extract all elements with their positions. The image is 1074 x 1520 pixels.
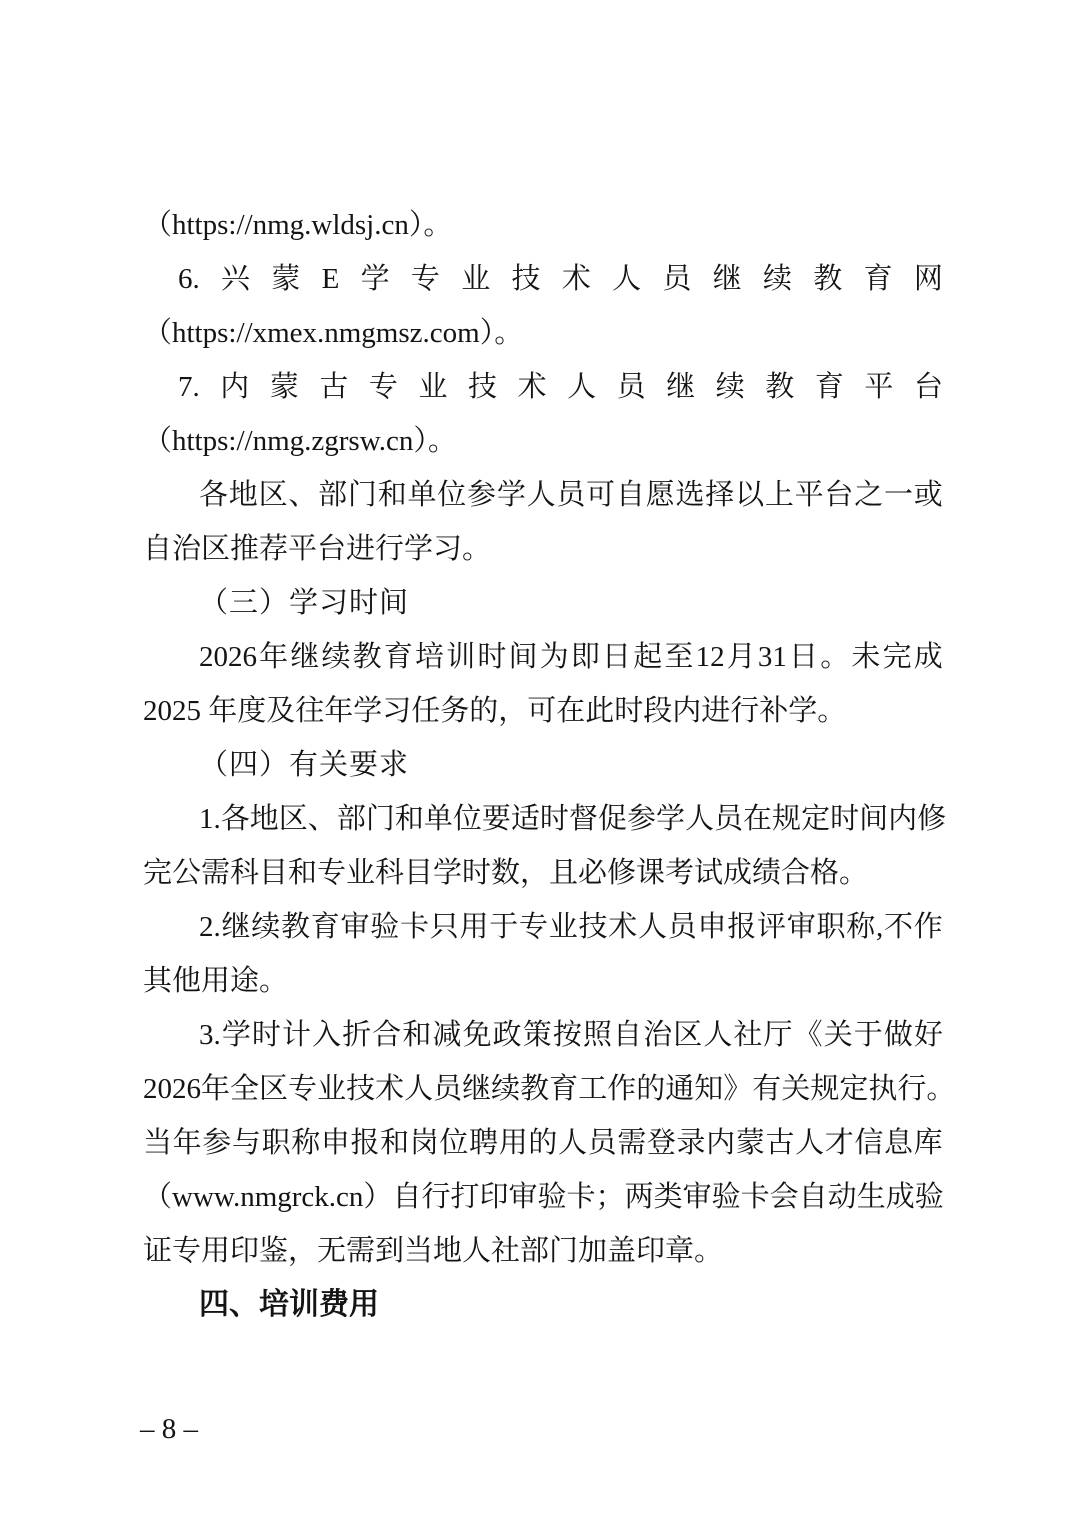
para-req-3-line-1: 3.学时计入折合和减免政策按照自治区人社厅《关于做好	[143, 1008, 943, 1062]
subheading-4-requirements: （四）有关要求	[143, 738, 943, 792]
item-6-xingmeng-e-xue: 6.兴蒙E学专业技术人员继续教育网	[143, 252, 943, 306]
para-req-3-line-3: 当年参与职称申报和岗位聘用的人员需登录内蒙古人才信息库	[143, 1116, 943, 1170]
section-heading-4-training-fees: 四、培训费用	[143, 1278, 943, 1332]
subheading-3-study-time: （三）学习时间	[143, 576, 943, 630]
para-platform-choice-1: 各地区、部门和单位参学人员可自愿选择以上平台之一或	[143, 468, 943, 522]
para-req-1-line-1: 1.各地区、部门和单位要适时督促参学人员在规定时间内修	[143, 792, 943, 846]
para-study-time-1: 2026年继续教育培训时间为即日起至12月31日。未完成	[143, 630, 943, 684]
url-line-wldsj: （https://nmg.wldsj.cn）。	[143, 198, 943, 252]
document-body: （https://nmg.wldsj.cn）。6.兴蒙E学专业技术人员继续教育网…	[143, 198, 943, 1332]
para-req-2-line-1: 2.继续教育审验卡只用于专业技术人员申报评审职称,不作	[143, 900, 943, 954]
para-study-time-2: 2025 年度及往年学习任务的，可在此时段内进行补学。	[143, 684, 943, 738]
page-number: – 8 –	[140, 1404, 198, 1454]
para-req-3-line-5: 证专用印鉴，无需到当地人社部门加盖印章。	[143, 1224, 943, 1278]
item-7-neimenggu-platform: 7.内蒙古专业技术人员继续教育平台	[143, 360, 943, 414]
para-platform-choice-2: 自治区推荐平台进行学习。	[143, 522, 943, 576]
url-line-xmex: （https://xmex.nmgmsz.com）。	[143, 306, 943, 360]
para-req-1-line-2: 完公需科目和专业科目学时数，且必修课考试成绩合格。	[143, 846, 943, 900]
para-req-3-line-4: （www.nmgrck.cn）自行打印审验卡；两类审验卡会自动生成验	[143, 1170, 943, 1224]
para-req-2-line-2: 其他用途。	[143, 954, 943, 1008]
para-req-3-line-2: 2026年全区专业技术人员继续教育工作的通知》有关规定执行。	[143, 1062, 943, 1116]
url-line-zgrsw: （https://nmg.zgrsw.cn）。	[143, 414, 943, 468]
